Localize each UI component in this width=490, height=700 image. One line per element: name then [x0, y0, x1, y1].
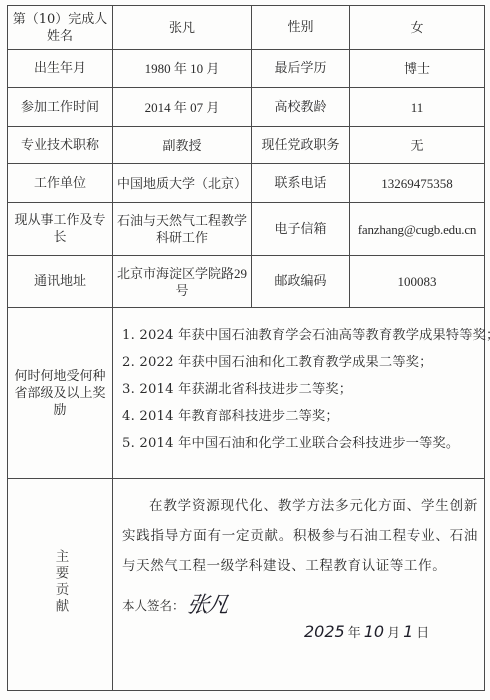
value-specialty: 石油与天然气工程教学科研工作 [113, 203, 252, 256]
row-employer-phone: 工作单位 中国地质大学（北京） 联系电话 13269475358 [8, 164, 485, 203]
label-gender: 性别 [252, 6, 350, 50]
date-day-unit: 日 [416, 625, 429, 642]
label-degree: 最后学历 [252, 50, 350, 88]
label-awards: 何时何地受何种省部级及以上奖励 [8, 308, 113, 479]
label-work-start: 参加工作时间 [8, 88, 113, 127]
value-employer: 中国地质大学（北京） [113, 164, 252, 203]
label-email: 电子信箱 [252, 203, 350, 256]
label-party-post: 现任党政职务 [252, 127, 350, 164]
value-email: fanzhang@cugb.edu.cn [350, 203, 485, 256]
label-teaching-years: 高校教龄 [252, 88, 350, 127]
value-postcode: 100083 [350, 256, 485, 308]
row-awards: 何时何地受何种省部级及以上奖励 1. 2024 年获中国石油教育学会石油高等教育… [8, 308, 485, 479]
award-item: 1. 2024 年获中国石油教育学会石油高等教育教学成果特等奖； [122, 322, 478, 349]
value-birth: 1980 年 10 月 [113, 50, 252, 88]
value-title: 副教授 [113, 127, 252, 164]
signature-row: 本人签名： 张凡 [122, 597, 478, 614]
label-title: 专业技术职称 [8, 127, 113, 164]
form-sheet: 第（10）完成人姓名 张凡 性别 女 出生年月 1980 年 10 月 最后学历… [0, 0, 490, 700]
label-contribution: 主要贡献 [52, 549, 69, 615]
award-item: 4. 2014 年教育部科技进步二等奖； [122, 403, 478, 430]
personnel-form-table: 第（10）完成人姓名 张凡 性别 女 出生年月 1980 年 10 月 最后学历… [7, 5, 485, 691]
date-year-unit: 年 [348, 625, 361, 642]
label-name: 第（10）完成人姓名 [8, 6, 113, 50]
signature-label: 本人签名： [122, 597, 185, 614]
value-gender: 女 [350, 6, 485, 50]
award-item: 2. 2022 年获中国石油和化工教育教学成果二等奖； [122, 349, 478, 376]
label-contribution-cell: 主要贡献 [8, 479, 113, 691]
value-work-start: 2014 年 07 月 [113, 88, 252, 127]
date-month-unit: 月 [387, 625, 400, 642]
date-day: 1 [403, 623, 413, 640]
awards-list: 1. 2024 年获中国石油教育学会石油高等教育教学成果特等奖； 2. 2022… [113, 308, 485, 479]
row-specialty-email: 现从事工作及专长 石油与天然气工程教学科研工作 电子信箱 fanzhang@cu… [8, 203, 485, 256]
value-phone: 13269475358 [350, 164, 485, 203]
award-item: 5. 2014 年中国石油和化学工业联合会科技进步一等奖。 [122, 430, 478, 457]
contribution-text: 在教学资源现代化、教学方法多元化方面、学生创新实践指导方面有一定贡献。积极参与石… [122, 491, 478, 581]
signature-date: 2025 年 10 月 1 日 [301, 623, 429, 642]
row-workstart-teachingyears: 参加工作时间 2014 年 07 月 高校教龄 11 [8, 88, 485, 127]
label-postcode: 邮政编码 [252, 256, 350, 308]
label-specialty: 现从事工作及专长 [8, 203, 113, 256]
value-name: 张凡 [113, 6, 252, 50]
date-month: 10 [364, 623, 384, 640]
label-employer: 工作单位 [8, 164, 113, 203]
value-party-post: 无 [350, 127, 485, 164]
date-year: 2025 [304, 623, 345, 640]
row-name-gender: 第（10）完成人姓名 张凡 性别 女 [8, 6, 485, 50]
value-address: 北京市海淀区学院路29号 [113, 256, 252, 308]
handwritten-signature: 张凡 [185, 597, 228, 614]
award-item: 3. 2014 年获湖北省科技进步二等奖； [122, 376, 478, 403]
label-phone: 联系电话 [252, 164, 350, 203]
label-address: 通讯地址 [8, 256, 113, 308]
row-birth-degree: 出生年月 1980 年 10 月 最后学历 博士 [8, 50, 485, 88]
contribution-cell: 在教学资源现代化、教学方法多元化方面、学生创新实践指导方面有一定贡献。积极参与石… [113, 479, 485, 691]
label-birth: 出生年月 [8, 50, 113, 88]
row-contribution: 主要贡献 在教学资源现代化、教学方法多元化方面、学生创新实践指导方面有一定贡献。… [8, 479, 485, 691]
value-teaching-years: 11 [350, 88, 485, 127]
row-title-partypost: 专业技术职称 副教授 现任党政职务 无 [8, 127, 485, 164]
row-address-postcode: 通讯地址 北京市海淀区学院路29号 邮政编码 100083 [8, 256, 485, 308]
value-degree: 博士 [350, 50, 485, 88]
